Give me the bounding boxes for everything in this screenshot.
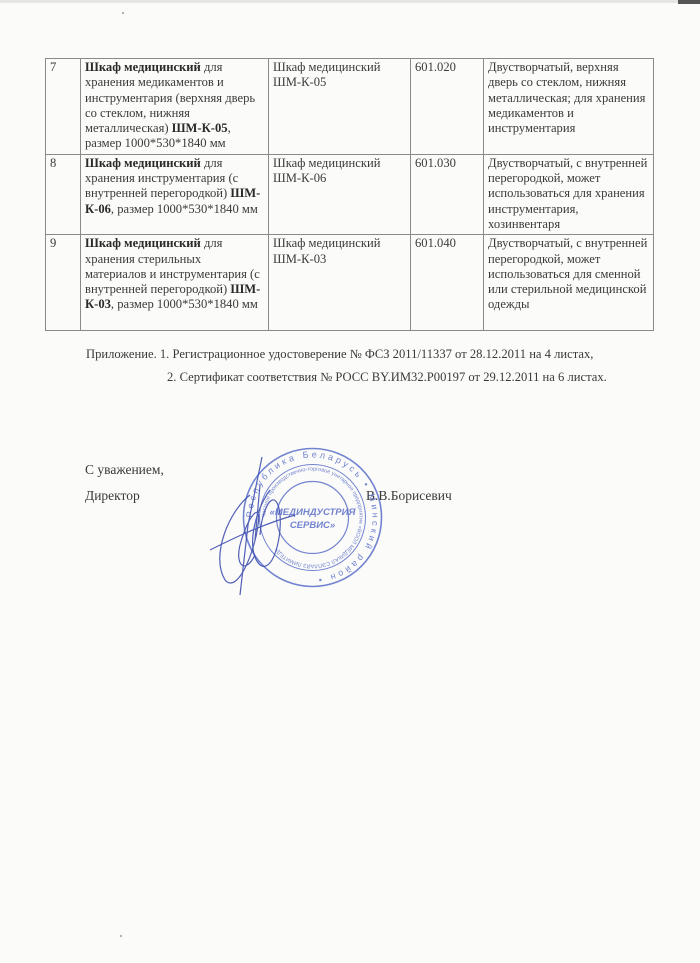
- product-code: 601.040: [411, 235, 484, 331]
- product-notes: Двустворчатый, с внутренней перегородкой…: [484, 154, 654, 234]
- product-notes: Двустворчатый, верхняя дверь со стеклом,…: [484, 59, 654, 155]
- product-model: ШМ-К-05: [172, 121, 228, 135]
- signatory-position: Директор: [85, 488, 140, 504]
- product-title: Шкаф медицинский: [85, 60, 201, 74]
- product-description: Шкаф медицинский для хранения инструмент…: [81, 154, 269, 234]
- product-notes: Двустворчатый, с внутренней перегородкой…: [484, 235, 654, 331]
- scan-speck: [122, 12, 124, 14]
- row-number: 8: [46, 154, 81, 234]
- product-size: , размер 1000*530*1840 мм: [111, 297, 258, 311]
- product-description: Шкаф медицинский для хранения медикамент…: [81, 59, 269, 155]
- product-name: Шкаф медицинский ШМ-К-06: [269, 154, 411, 234]
- product-title: Шкаф медицинский: [85, 156, 201, 170]
- signature-icon: [200, 455, 350, 600]
- product-code: 601.020: [411, 59, 484, 155]
- product-name: Шкаф медицинский ШМ-К-03: [269, 235, 411, 331]
- scan-edge-mark: [678, 0, 700, 4]
- product-code: 601.030: [411, 154, 484, 234]
- row-number: 9: [46, 235, 81, 331]
- product-name: Шкаф медицинский ШМ-К-05: [269, 59, 411, 155]
- appendix-line-2: 2. Сертификат соответствия № РОСС BY.ИМ3…: [167, 370, 607, 385]
- row-number: 7: [46, 59, 81, 155]
- table-row: 7 Шкаф медицинский для хранения медикаме…: [46, 59, 654, 155]
- appendix-line-1: Приложение. 1. Регистрационное удостовер…: [86, 347, 593, 362]
- product-title: Шкаф медицинский: [85, 236, 201, 250]
- scan-speck: [120, 935, 122, 937]
- table-row: 9 Шкаф медицинский для хранения стерильн…: [46, 235, 654, 331]
- product-size: , размер 1000*530*1840 мм: [111, 202, 258, 216]
- product-table: 7 Шкаф медицинский для хранения медикаме…: [45, 58, 654, 331]
- product-description: Шкаф медицинский для хранения стерильных…: [81, 235, 269, 331]
- scan-edge: [0, 0, 700, 3]
- table-row: 8 Шкаф медицинский для хранения инструме…: [46, 154, 654, 234]
- closing-regards: С уважением,: [85, 462, 164, 478]
